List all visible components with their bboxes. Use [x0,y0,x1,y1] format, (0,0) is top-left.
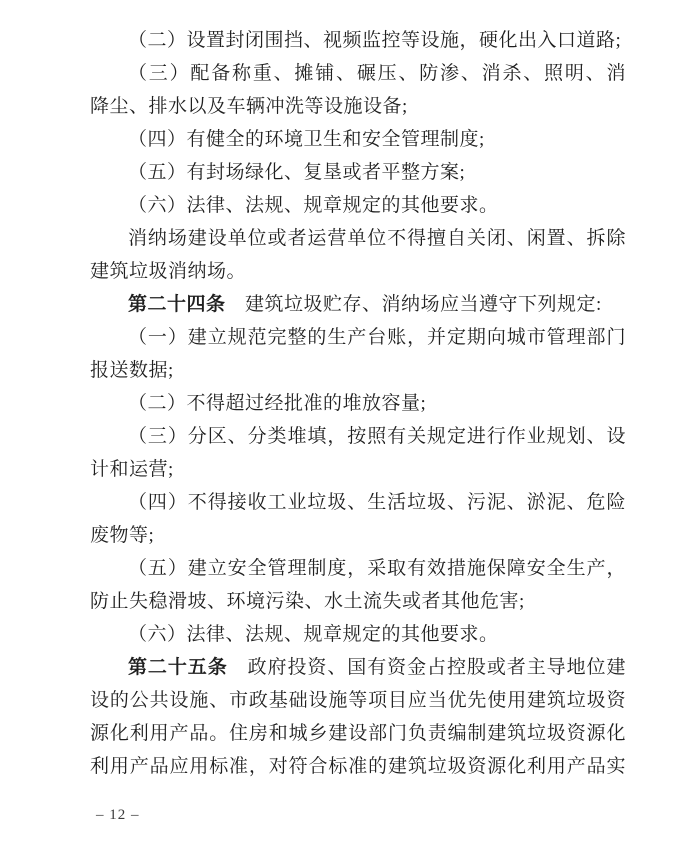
doc-line: 利用产品应用标准，对符合标准的建筑垃圾资源化利用产品实 [90,750,626,783]
doc-line: （四）有健全的环境卫生和安全管理制度; [90,123,626,156]
doc-line-text: （四）不得接收工业垃圾、生活垃圾、污泥、淤泥、危险 [128,492,626,513]
doc-line-text: （二）设置封闭围挡、视频监控等设施，硬化出入口道路; [128,30,621,51]
doc-line-text: 防止失稳滑坡、环境污染、水土流失或者其他危害; [90,591,525,612]
doc-line-text: 计和运营; [90,459,174,480]
doc-line: （二）设置封闭围挡、视频监控等设施，硬化出入口道路; [90,24,626,57]
doc-line-text: 建筑垃圾贮存、消纳场应当遵守下列规定: [226,294,602,315]
doc-line: 设的公共设施、市政基础设施等项目应当优先使用建筑垃圾资 [90,684,626,717]
doc-line: 废物等; [90,519,626,552]
doc-line: （五）建立安全管理制度，采取有效措施保障安全生产， [90,552,626,585]
page-number: – 12 – [90,807,626,824]
doc-line-text: 降尘、排水以及车辆冲洗等设施设备; [90,96,408,117]
doc-line-text: 建筑垃圾消纳场。 [90,261,246,282]
doc-line-text: 设的公共设施、市政基础设施等项目应当优先使用建筑垃圾资 [90,690,626,711]
doc-line: （三）配备称重、摊铺、碾压、防渗、消杀、照明、消防、 [90,57,626,90]
doc-line-text: （五）建立安全管理制度，采取有效措施保障安全生产， [128,558,626,579]
doc-line: 报送数据; [90,354,626,387]
doc-line: 降尘、排水以及车辆冲洗等设施设备; [90,90,626,123]
doc-line-text: （五）有封场绿化、复垦或者平整方案; [128,162,465,183]
doc-line: （六）法律、法规、规章规定的其他要求。 [90,618,626,651]
doc-line: 源化利用产品。住房和城乡建设部门负责编制建筑垃圾资源化 [90,717,626,750]
doc-line: 建筑垃圾消纳场。 [90,255,626,288]
doc-line-text: （三）分区、分类堆填，按照有关规定进行作业规划、设 [128,426,626,447]
doc-line-text: （四）有健全的环境卫生和安全管理制度; [128,129,485,150]
doc-line: （一）建立规范完整的生产台账，并定期向城市管理部门 [90,321,626,354]
article-number-bold: 第二十四条 [128,294,226,315]
doc-line-text: 报送数据; [90,360,174,381]
doc-line-text: 政府投资、国有资金占控股或者主导地位建 [228,657,626,678]
doc-line: 防止失稳滑坡、环境污染、水土流失或者其他危害; [90,585,626,618]
doc-line-text: 消纳场建设单位或者运营单位不得擅自关闭、闲置、拆除 [128,228,626,249]
document-body: （二）设置封闭围挡、视频监控等设施，硬化出入口道路; （三）配备称重、摊铺、碾压… [90,24,626,824]
doc-line: 计和运营; [90,453,626,486]
doc-line: （五）有封场绿化、复垦或者平整方案; [90,156,626,189]
doc-line-text: （一）建立规范完整的生产台账，并定期向城市管理部门 [128,327,626,348]
doc-line-text: （六）法律、法规、规章规定的其他要求。 [128,195,499,216]
doc-line-text: （六）法律、法规、规章规定的其他要求。 [128,624,499,645]
article-number-bold: 第二十五条 [128,657,228,678]
doc-line-text: 源化利用产品。住房和城乡建设部门负责编制建筑垃圾资源化 [90,723,626,744]
doc-line: 消纳场建设单位或者运营单位不得擅自关闭、闲置、拆除 [90,222,626,255]
doc-line-text: 利用产品应用标准，对符合标准的建筑垃圾资源化利用产品实 [90,756,626,777]
doc-line: （二）不得超过经批准的堆放容量; [90,387,626,420]
doc-line: （三）分区、分类堆填，按照有关规定进行作业规划、设 [90,420,626,453]
doc-line: （六）法律、法规、规章规定的其他要求。 [90,189,626,222]
doc-line-text: 废物等; [90,525,154,546]
doc-line-text: （三）配备称重、摊铺、碾压、防渗、消杀、照明、消防、 [128,63,626,90]
doc-line: （四）不得接收工业垃圾、生活垃圾、污泥、淤泥、危险 [90,486,626,519]
doc-line-article-25: 第二十五条 政府投资、国有资金占控股或者主导地位建 [90,651,626,684]
document-page: （二）设置封闭围挡、视频监控等设施，硬化出入口道路; （三）配备称重、摊铺、碾压… [0,0,700,853]
doc-line-text: （二）不得超过经批准的堆放容量; [128,393,426,414]
doc-line-article-24: 第二十四条 建筑垃圾贮存、消纳场应当遵守下列规定: [90,288,626,321]
